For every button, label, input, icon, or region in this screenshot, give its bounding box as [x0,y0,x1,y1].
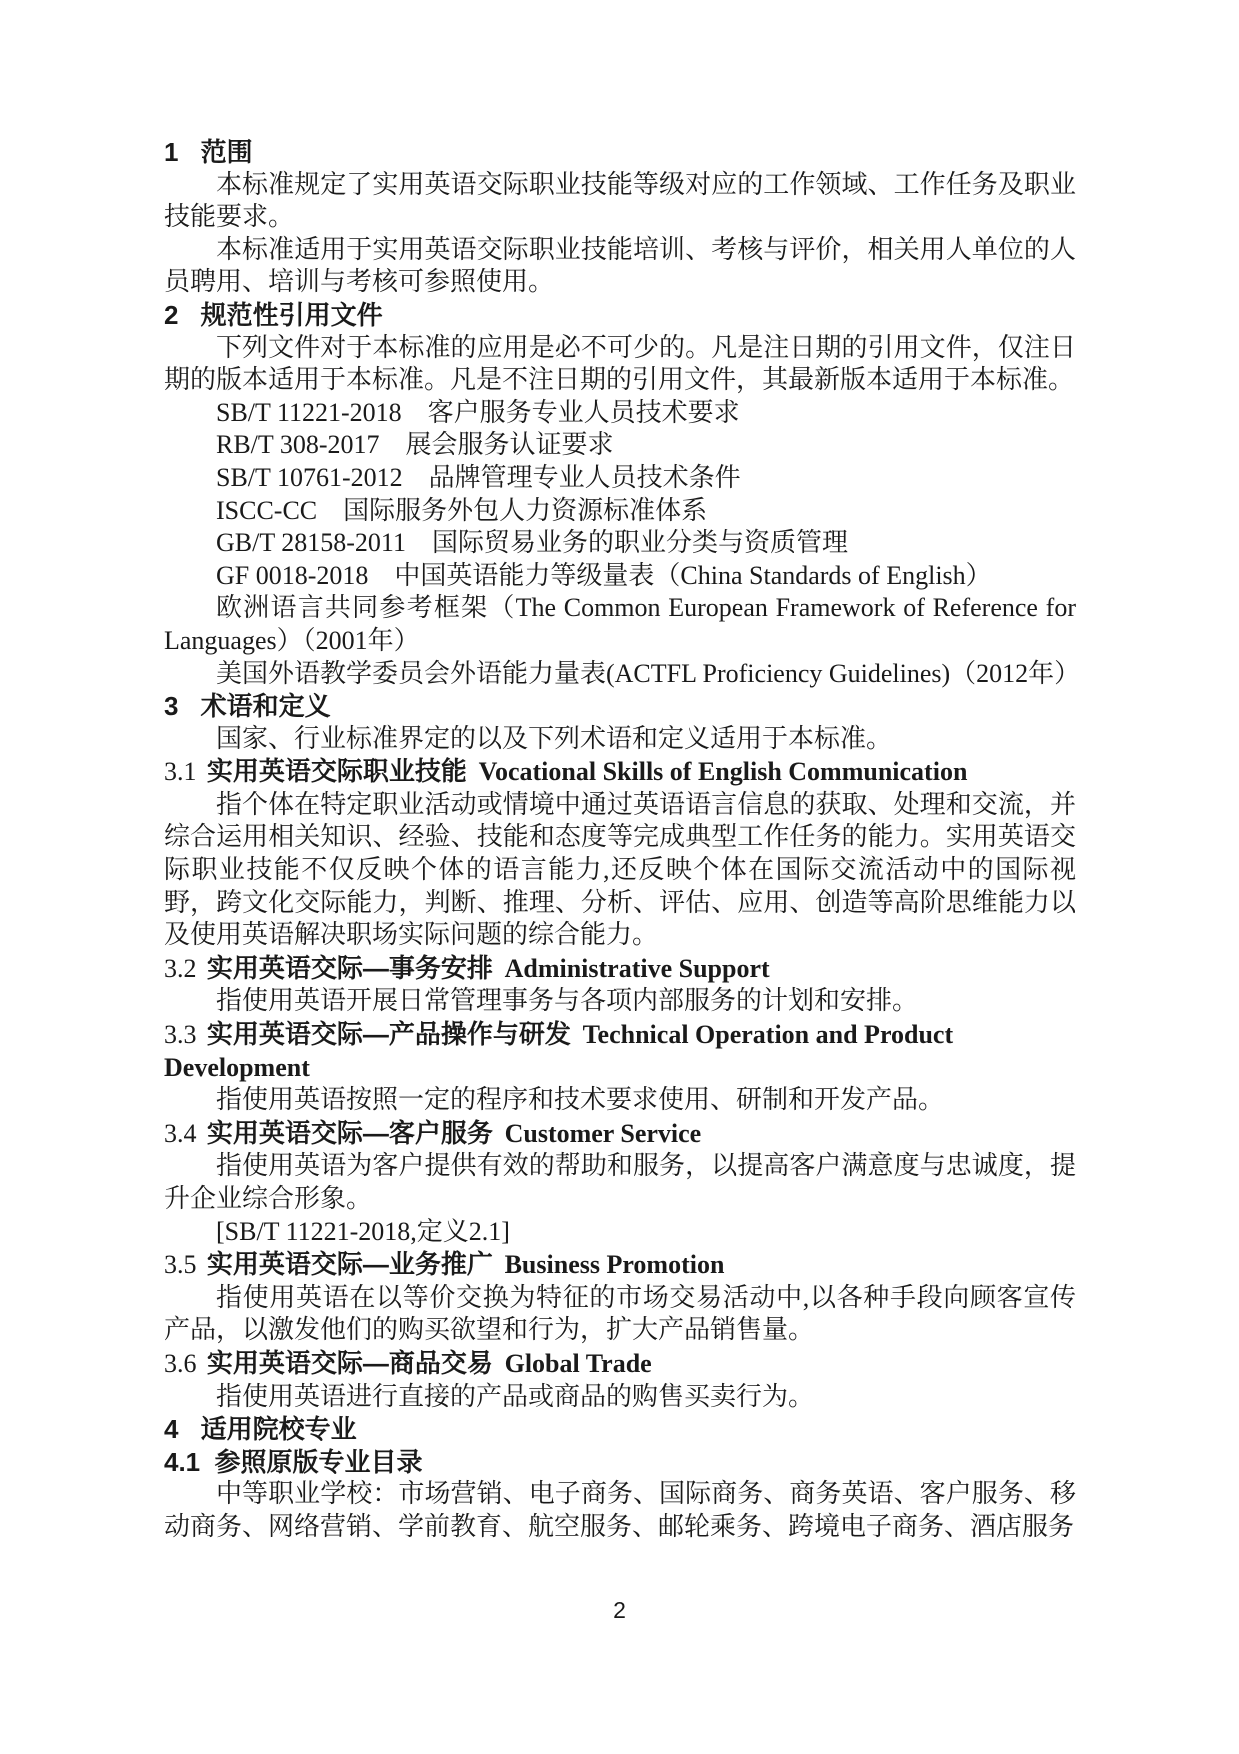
term-english: Business Promotion [505,1250,725,1279]
section-number: 3 [164,691,178,721]
term-chinese: 实用英语交际—业务推广 [207,1249,493,1279]
paragraph: 本标准规定了实用英语交际职业技能等级对应的工作领域、工作任务及职业技能要求。 [164,169,1076,234]
reference-title: 中国英语能力等级量表（China Standards of English） [394,561,991,590]
reference-code: ISCC-CC [216,496,317,525]
reference-item: GB/T 28158-2011国际贸易业务的职业分类与资质管理 [164,527,1076,560]
section-heading: 4适用院校专业 [164,1413,1076,1446]
reference-code: SB/T 11221-2018 [216,398,402,427]
reference-item: SB/T 10761-2012品牌管理专业人员技术条件 [164,462,1076,495]
reference-code: GF 0018-2018 [216,561,368,590]
reference-item: GF 0018-2018中国英语能力等级量表（China Standards o… [164,560,1076,593]
term-chinese: 实用英语交际职业技能 [207,756,467,786]
section-title: 范围 [201,137,253,167]
term-chinese: 实用英语交际—产品操作与研发 [207,1019,571,1049]
section-number: 4.1 [164,1447,200,1477]
term-heading: 3.5实用英语交际—业务推广Business Promotion [164,1248,1076,1282]
reference-item: SB/T 11221-2018客户服务专业人员技术要求 [164,397,1076,430]
reference-title: 国际贸易业务的职业分类与资质管理 [432,528,848,557]
paragraph: 指个体在特定职业活动或情境中通过英语语言信息的获取、处理和交流，并综合运用相关知… [164,789,1076,952]
term-english: Global Trade [505,1349,652,1378]
section-title: 参照原版专业目录 [214,1447,422,1477]
term-heading: 3.6实用英语交际—商品交易Global Trade [164,1347,1076,1381]
term-chinese: 实用英语交际—事务安排 [207,953,493,983]
term-number: 3.3 [164,1020,197,1049]
section-heading: 4.1参照原版专业目录 [164,1446,1076,1479]
document-body: 1范围本标准规定了实用英语交际职业技能等级对应的工作领域、工作任务及职业技能要求… [164,136,1076,1544]
term-english: Customer Service [505,1119,702,1148]
reference-title: 展会服务认证要求 [405,430,613,459]
term-heading: 3.4实用英语交际—客户服务Customer Service [164,1117,1076,1151]
section-title: 术语和定义 [201,691,331,721]
term-number: 3.2 [164,954,197,983]
section-title: 规范性引用文件 [201,300,383,330]
section-heading: 1范围 [164,136,1076,169]
reference-code: SB/T 10761-2012 [216,463,403,492]
reference-title: 品牌管理专业人员技术条件 [429,463,741,492]
term-chinese: 实用英语交际—商品交易 [207,1348,493,1378]
document-page: 1范围本标准规定了实用英语交际职业技能等级对应的工作领域、工作任务及职业技能要求… [0,0,1239,1754]
section-heading: 2规范性引用文件 [164,299,1076,332]
section-title: 适用院校专业 [201,1414,357,1444]
paragraph: 本标准适用于实用英语交际职业技能培训、考核与评价，相关用人单位的人员聘用、培训与… [164,234,1076,299]
citation-line: [SB/T 11221-2018,定义2.1] [164,1216,1076,1249]
section-number: 2 [164,300,178,330]
section-heading: 3术语和定义 [164,690,1076,723]
term-english: Vocational Skills of English Communicati… [479,757,968,786]
term-heading: 3.3实用英语交际—产品操作与研发Technical Operation and… [164,1018,1076,1084]
paragraph: 下列文件对于本标准的应用是必不可少的。凡是注日期的引用文件，仅注日期的版本适用于… [164,332,1076,397]
reference-code: RB/T 308-2017 [216,430,379,459]
term-heading: 3.1实用英语交际职业技能Vocational Skills of Englis… [164,755,1076,789]
term-heading: 3.2实用英语交际—事务安排Administrative Support [164,952,1076,986]
term-chinese: 实用英语交际—客户服务 [207,1118,493,1148]
paragraph: 指使用英语为客户提供有效的帮助和服务，以提高客户满意度与忠诚度，提升企业综合形象… [164,1150,1076,1215]
term-number: 3.5 [164,1250,197,1279]
reference-item: RB/T 308-2017展会服务认证要求 [164,429,1076,462]
section-number: 1 [164,137,178,167]
term-number: 3.1 [164,757,197,786]
paragraph: 国家、行业标准界定的以及下列术语和定义适用于本标准。 [164,723,1076,756]
paragraph: 指使用英语按照一定的程序和技术要求使用、研制和开发产品。 [164,1084,1076,1117]
paragraph: 指使用英语在以等价交换为特征的市场交易活动中,以各种手段向顾客宣传产品，以激发他… [164,1282,1076,1347]
term-number: 3.4 [164,1119,197,1148]
paragraph: 指使用英语开展日常管理事务与各项内部服务的计划和安排。 [164,985,1076,1018]
paragraph: 欧洲语言共同参考框架（The Common European Framework… [164,592,1076,657]
reference-title: 客户服务专业人员技术要求 [428,398,740,427]
reference-item: ISCC-CC国际服务外包人力资源标准体系 [164,495,1076,528]
reference-code: GB/T 28158-2011 [216,528,406,557]
page-number: 2 [0,1597,1239,1624]
paragraph: 美国外语教学委员会外语能力量表(ACTFL Proficiency Guidel… [164,658,1076,691]
term-english: Administrative Support [505,954,770,983]
section-number: 4 [164,1414,178,1444]
paragraph: 中等职业学校：市场营销、电子商务、国际商务、商务英语、客户服务、移动商务、网络营… [164,1478,1076,1543]
term-number: 3.6 [164,1349,197,1378]
paragraph: 指使用英语进行直接的产品或商品的购售买卖行为。 [164,1381,1076,1414]
reference-title: 国际服务外包人力资源标准体系 [343,496,707,525]
